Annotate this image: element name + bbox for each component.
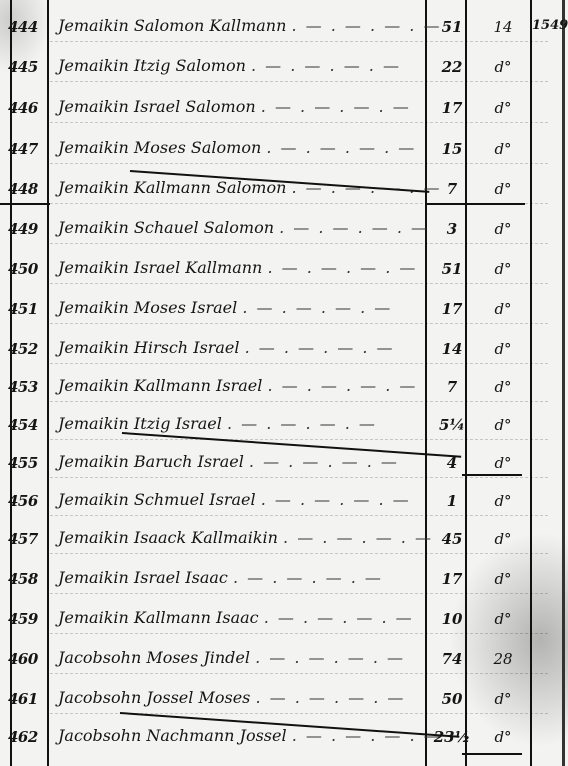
entry-age: 50: [432, 690, 472, 708]
name-text: Jemaikin Kallmann Salomon: [58, 178, 286, 197]
name-text: Jemaikin Salomon Kallmann: [58, 16, 286, 35]
register-row: 446 Jemaikin Israel Salomon . — . — . — …: [0, 91, 568, 129]
name-text: Jemaikin Moses Salomon: [58, 138, 261, 157]
entry-ditto: d°: [478, 58, 528, 76]
leader-dots: . — . — . — . —: [266, 138, 416, 157]
name-text: Jemaikin Kallmann Israel: [58, 376, 262, 395]
row-rule: [50, 323, 548, 324]
entry-ditto: d°: [478, 690, 528, 708]
entry-name: Jemaikin Kallmann Isaac . — . — . — . —: [58, 608, 418, 627]
entry-name: Jemaikin Itzig Salomon . — . — . — . —: [58, 56, 418, 75]
separator-line: [462, 753, 522, 755]
name-text: Jemaikin Moses Israel: [58, 298, 237, 317]
entry-age: 7: [432, 180, 472, 198]
entry-age: 14: [432, 340, 472, 358]
row-rule: [50, 163, 548, 164]
entry-age: 17: [432, 570, 472, 588]
name-text: Jemaikin Israel Salomon: [58, 97, 256, 116]
entry-age: 15: [432, 140, 472, 158]
entry-ditto: d°: [478, 610, 528, 628]
entry-number: 452: [8, 340, 48, 358]
register-row: 458 Jemaikin Israel Isaac . — . — . — . …: [0, 562, 568, 600]
row-rule: [50, 401, 548, 402]
entry-ditto: d°: [478, 300, 528, 318]
register-row: 444 Jemaikin Salomon Kallmann . — . — . …: [0, 10, 568, 48]
entry-number: 451: [8, 300, 48, 318]
entry-ditto: d°: [478, 99, 528, 117]
register-row: 455 Jemaikin Baruch Israel . — . — . — .…: [0, 446, 568, 484]
entry-age: 22: [432, 58, 472, 76]
entry-ditto: d°: [478, 530, 528, 548]
name-text: Jacobsohn Moses Jindel: [58, 648, 250, 667]
entry-name: Jemaikin Baruch Israel . — . — . — . —: [58, 452, 418, 471]
name-text: Jemaikin Schmuel Israel: [58, 490, 256, 509]
register-row: 449 Jemaikin Schauel Salomon . — . — . —…: [0, 212, 568, 250]
entry-number: 448: [8, 180, 48, 198]
entry-age: 1: [432, 492, 472, 510]
leader-dots: . — . — . — . —: [251, 56, 401, 75]
leader-dots: . — . — . — . —: [255, 648, 405, 667]
entry-name: Jemaikin Kallmann Israel . — . — . — . —: [58, 376, 418, 395]
entry-ditto: 14: [478, 18, 528, 36]
entry-number: 461: [8, 690, 48, 708]
entry-age: 74: [432, 650, 472, 668]
entry-number: 449: [8, 220, 48, 238]
row-rule: [50, 553, 548, 554]
entry-number: 456: [8, 492, 48, 510]
name-text: Jacobsohn Nachmann Jossel: [58, 726, 287, 745]
entry-name: Jacobsohn Jossel Moses . — . — . — . —: [58, 688, 418, 707]
entry-age: 4: [432, 454, 472, 472]
entry-name: Jemaikin Moses Salomon . — . — . — . —: [58, 138, 418, 157]
entry-age: 7: [432, 378, 472, 396]
leader-dots: . — . — . — . —: [279, 218, 429, 237]
entry-name: Jemaikin Isaack Kallmaikin . — . — . — .…: [58, 528, 418, 547]
entry-ditto: d°: [478, 140, 528, 158]
entry-number: 459: [8, 610, 48, 628]
register-row: 445 Jemaikin Itzig Salomon . — . — . — .…: [0, 50, 568, 88]
entry-age: 5¼: [432, 416, 472, 434]
leader-dots: . — . — . — . —: [267, 376, 417, 395]
separator-line: [425, 203, 525, 205]
row-rule: [50, 593, 548, 594]
entry-name: Jemaikin Salomon Kallmann . — . — . — . …: [58, 16, 418, 35]
register-row: 457 Jemaikin Isaack Kallmaikin . — . — .…: [0, 522, 568, 560]
row-rule: [50, 515, 548, 516]
entry-ditto: d°: [478, 220, 528, 238]
name-text: Jemaikin Hirsch Israel: [58, 338, 240, 357]
leader-dots: . — . — . — . —: [242, 298, 392, 317]
entry-number: 450: [8, 260, 48, 278]
name-text: Jemaikin Kallmann Isaac: [58, 608, 259, 627]
row-rule: [50, 633, 548, 634]
register-row: 454 Jemaikin Itzig Israel . — . — . — . …: [0, 408, 568, 446]
entry-age: 51: [432, 18, 472, 36]
entry-ditto: d°: [478, 378, 528, 396]
entry-name: Jemaikin Schauel Salomon . — . — . — . —: [58, 218, 418, 237]
entry-number: 454: [8, 416, 48, 434]
entry-name: Jemaikin Israel Isaac . — . — . — . —: [58, 568, 418, 587]
leader-dots: . — . — . — . —: [227, 414, 377, 433]
entry-name: Jemaikin Hirsch Israel . — . — . — . —: [58, 338, 418, 357]
entry-number: 457: [8, 530, 48, 548]
separator-line: [0, 203, 50, 205]
entry-number: 455: [8, 454, 48, 472]
entry-name: Jemaikin Israel Kallmann . — . — . — . —: [58, 258, 418, 277]
row-rule: [50, 243, 548, 244]
row-rule: [50, 477, 548, 478]
name-text: Jemaikin Itzig Salomon: [58, 56, 246, 75]
entry-age: 45: [432, 530, 472, 548]
entry-age: 17: [432, 300, 472, 318]
entry-age: 10: [432, 610, 472, 628]
leader-dots: . — . — . — . —: [255, 688, 405, 707]
entry-age: 51: [432, 260, 472, 278]
leader-dots: . — . — . — . —: [292, 16, 442, 35]
entry-reference: 1549: [532, 18, 568, 33]
row-rule: [50, 673, 548, 674]
entry-ditto: 28: [478, 650, 528, 668]
separator-line: [462, 474, 522, 476]
name-text: Jemaikin Israel Kallmann: [58, 258, 262, 277]
name-text: Jemaikin Isaack Kallmaikin: [58, 528, 278, 547]
row-rule: [50, 122, 548, 123]
row-rule: [50, 363, 548, 364]
entry-age: 23½: [432, 728, 472, 746]
name-text: Jemaikin Schauel Salomon: [58, 218, 274, 237]
entry-age: 17: [432, 99, 472, 117]
register-row: 450 Jemaikin Israel Kallmann . — . — . —…: [0, 252, 568, 290]
register-row: 460 Jacobsohn Moses Jindel . — . — . — .…: [0, 642, 568, 680]
entry-name: Jemaikin Schmuel Israel . — . — . — . —: [58, 490, 418, 509]
entry-name: Jemaikin Israel Salomon . — . — . — . —: [58, 97, 418, 116]
row-rule: [50, 283, 548, 284]
register-row: 456 Jemaikin Schmuel Israel . — . — . — …: [0, 484, 568, 522]
entry-number: 458: [8, 570, 48, 588]
entry-number: 444: [8, 18, 48, 36]
register-row: 452 Jemaikin Hirsch Israel . — . — . — .…: [0, 332, 568, 370]
entry-ditto: d°: [478, 492, 528, 510]
leader-dots: . — . — . — . —: [261, 97, 411, 116]
entry-name: Jemaikin Itzig Israel . — . — . — . —: [58, 414, 418, 433]
leader-dots: . — . — . — . —: [283, 528, 433, 547]
entry-ditto: d°: [478, 180, 528, 198]
entry-number: 462: [8, 728, 48, 746]
row-rule: [50, 439, 548, 440]
name-text: Jemaikin Itzig Israel: [58, 414, 222, 433]
entry-number: 445: [8, 58, 48, 76]
register-row: 461 Jacobsohn Jossel Moses . — . — . — .…: [0, 682, 568, 720]
entry-ditto: d°: [478, 260, 528, 278]
entry-ditto: d°: [478, 570, 528, 588]
leader-dots: . — . — . — . —: [249, 452, 399, 471]
name-text: Jemaikin Baruch Israel: [58, 452, 244, 471]
leader-dots: . — . — . — . —: [245, 338, 395, 357]
leader-dots: . — . — . — . —: [261, 490, 411, 509]
entry-name: Jemaikin Moses Israel . — . — . — . —: [58, 298, 418, 317]
name-text: Jacobsohn Jossel Moses: [58, 688, 250, 707]
entry-number: 446: [8, 99, 48, 117]
entry-ditto: d°: [478, 340, 528, 358]
entry-ditto: d°: [478, 454, 528, 472]
leader-dots: . — . — . — . —: [264, 608, 414, 627]
entry-name: Jacobsohn Moses Jindel . — . — . — . —: [58, 648, 418, 667]
leader-dots: . — . — . — . —: [267, 258, 417, 277]
entry-age: 3: [432, 220, 472, 238]
entry-number: 460: [8, 650, 48, 668]
entry-number: 453: [8, 378, 48, 396]
register-page: 444 Jemaikin Salomon Kallmann . — . — . …: [0, 0, 568, 766]
register-row: 451 Jemaikin Moses Israel . — . — . — . …: [0, 292, 568, 330]
name-text: Jemaikin Israel Isaac: [58, 568, 228, 587]
leader-dots: . — . — . — . —: [233, 568, 383, 587]
entry-number: 447: [8, 140, 48, 158]
row-rule: [50, 41, 548, 42]
entry-ditto: d°: [478, 416, 528, 434]
entry-ditto: d°: [478, 728, 528, 746]
register-row: 453 Jemaikin Kallmann Israel . — . — . —…: [0, 370, 568, 408]
register-row: 447 Jemaikin Moses Salomon . — . — . — .…: [0, 132, 568, 170]
row-rule: [50, 81, 548, 82]
register-row: 459 Jemaikin Kallmann Isaac . — . — . — …: [0, 602, 568, 640]
